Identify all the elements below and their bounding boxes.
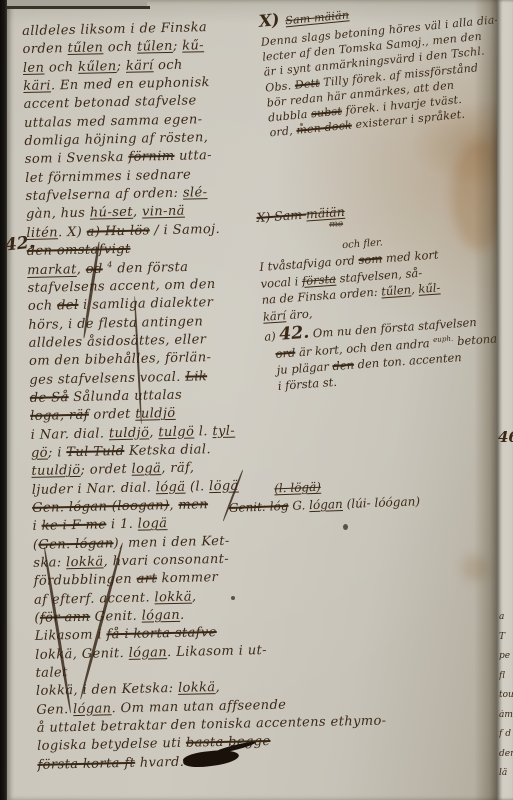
- underlined-text: kärí: [126, 58, 154, 74]
- text-run: om den bibehålles, förlän-: [29, 350, 212, 369]
- text-run: ; ordet: [80, 462, 131, 478]
- struck-text: Dett: [294, 76, 320, 91]
- handwritten-line: a: [499, 612, 513, 632]
- text-run: G.: [288, 498, 309, 513]
- text-run: ;: [173, 39, 183, 54]
- text-run: ges stafvelsens vocal.: [29, 369, 185, 387]
- text-run: med kort: [382, 247, 439, 265]
- struck-text: art: [137, 572, 158, 587]
- second-page-number: 46: [498, 428, 513, 446]
- text-run: och: [44, 60, 78, 76]
- text-run: lä: [499, 768, 507, 778]
- text-run: i första st.: [277, 375, 337, 393]
- underlined-text: tulgö: [158, 424, 194, 440]
- manuscript-photo: alldeles liksom i de Finskaorden tűlen o…: [0, 0, 513, 800]
- struck-text: Gen. lógan (loogan): [32, 498, 170, 516]
- text-run: vocal i: [260, 274, 302, 291]
- struck-underlined-text: första: [301, 271, 336, 287]
- handwritten-line: T: [499, 632, 513, 652]
- underlined-text: len: [23, 60, 45, 75]
- struck-underlined-text: Sam mäiän: [285, 8, 350, 27]
- text-run: ord,: [269, 124, 297, 140]
- handwritten-line: fl: [499, 671, 513, 691]
- text-run: (l.: [185, 479, 209, 494]
- struck-underlined-text: (l. lögä): [274, 480, 321, 496]
- underlined-text: lógä: [156, 479, 186, 495]
- text-run: , räf,: [161, 461, 194, 477]
- text-run: f d: [499, 729, 511, 739]
- note-inline-correction: (l. lögä)Genit: lóg G. lógan (lúi- lóóga…: [228, 476, 420, 519]
- text-run: hörs, i de flesta antingen: [28, 314, 203, 333]
- text-run: Ketska dial.: [124, 442, 211, 459]
- text-run: i: [32, 519, 41, 534]
- text-run: som i Svenska: [25, 150, 129, 167]
- paper-speck: [343, 524, 348, 530]
- underlined-text: tűlen: [67, 41, 103, 57]
- second-page-text-fragments: aTpefltouámf ddenlä: [499, 612, 513, 788]
- underlined-text: lokkä: [154, 589, 192, 605]
- underlined-text: logä: [138, 516, 168, 532]
- underlined-text: lógan: [128, 645, 167, 661]
- text-run: tou: [499, 690, 513, 700]
- text-run: domliga höjning af rösten,: [24, 130, 208, 149]
- underlined-text: tuldjö: [109, 425, 150, 441]
- text-run: ; i: [48, 445, 67, 460]
- text-run: alldeles liksom i de Finska: [22, 20, 207, 39]
- underlined-text: käri: [23, 78, 51, 94]
- struck-text: Genit: lóg: [229, 499, 289, 515]
- underlined-text: lógan: [309, 497, 343, 512]
- emphasized-text: X): [258, 9, 286, 30]
- text-run: i samliga dialekter: [78, 295, 213, 313]
- underlined-text: slé-: [183, 185, 208, 201]
- underlined-text: lógan: [73, 701, 112, 717]
- struck-text: Lik: [185, 369, 207, 384]
- note-heading-struck: X) Sam mäiänme: [256, 204, 346, 240]
- struck-text: del: [57, 298, 79, 313]
- text-run: stafvelserna af orden:: [25, 186, 183, 204]
- text-run: ska:: [33, 555, 66, 571]
- underlined-text: kű-: [182, 39, 204, 54]
- struck-text: förnim: [128, 149, 174, 165]
- struck-text: a) Hu lös: [87, 223, 150, 239]
- underlined-text: kärí: [262, 308, 286, 324]
- text-run: och: [153, 57, 183, 73]
- text-run: ,: [133, 205, 142, 220]
- struck-text: Gen. lógan: [38, 536, 113, 553]
- handwritten-line: f d: [499, 729, 513, 749]
- text-run: gàn, hus: [26, 206, 90, 222]
- text-run: let förnimmes i sednare: [25, 167, 191, 185]
- text-run: hvard.: [135, 755, 184, 771]
- margin-paragraph-number: 42.: [4, 233, 36, 256]
- text-run: a: [499, 612, 504, 622]
- text-run: alldeles åsidosättes, eller: [29, 332, 207, 351]
- struck-text: Tul Tuld: [66, 444, 124, 460]
- text-run: ,: [77, 263, 86, 278]
- struck-text: för ann: [40, 610, 91, 626]
- text-run: / i Samoj.: [150, 222, 221, 238]
- text-run: kommer: [157, 570, 219, 586]
- text-run: Obs.: [265, 78, 296, 94]
- text-run: ,: [215, 680, 220, 695]
- text-run: i 1.: [106, 517, 138, 533]
- text-run: lokkä, Genit.: [35, 646, 129, 663]
- text-run: . En med en euphonisk: [51, 75, 210, 93]
- text-run: logiska betydelse uti: [37, 736, 186, 754]
- text-run: Sålunda uttalas: [68, 388, 182, 405]
- text-run: ;: [116, 59, 126, 74]
- text-run: l.: [194, 424, 212, 439]
- struck-text: de Så: [30, 390, 69, 406]
- struck-text: den: [332, 357, 355, 372]
- text-run: äro,: [285, 306, 313, 322]
- text-run: ), men i den Ket-: [113, 533, 229, 550]
- text-run: och: [28, 298, 58, 314]
- text-run: ordet: [89, 407, 136, 423]
- text-run: ljuder i Nar. dial.: [32, 480, 156, 498]
- underlined-text: tuuldjö: [31, 463, 80, 479]
- underlined-text: lokkä: [66, 554, 104, 570]
- underlined-text: tyl-: [212, 423, 235, 438]
- handwritten-line: pe: [499, 651, 513, 671]
- underlined-text: kűlen: [78, 59, 117, 75]
- struck-text: me: [329, 219, 344, 230]
- text-run: uttalas med samma egen-: [24, 112, 203, 131]
- struck-text: loga, räf: [30, 408, 89, 424]
- handwritten-line: lä: [499, 768, 513, 788]
- struck-text: som: [358, 251, 383, 267]
- text-run: och fler.: [342, 237, 383, 251]
- struck-text: den omstafvigt: [27, 242, 131, 259]
- photo-edge-left: [0, 0, 7, 800]
- text-run: orden: [22, 41, 67, 57]
- struck-text: men: [178, 497, 208, 513]
- underlined-text: lokkä: [178, 680, 216, 696]
- text-run: pe: [499, 651, 510, 661]
- superscript-text: euph.: [433, 334, 454, 344]
- text-run: dubbla: [268, 107, 312, 124]
- text-run: lokkä, i den Ketska:: [36, 681, 178, 699]
- text-run: i Nar. dial.: [30, 426, 109, 443]
- handwritten-line: ám: [499, 710, 513, 730]
- struck-text: ke i F me: [41, 518, 106, 534]
- text-run: stafvelsens accent, om den: [27, 277, 215, 296]
- underlined-text: logä: [131, 461, 161, 477]
- text-run: ám: [499, 710, 513, 720]
- text-run: .: [180, 608, 185, 623]
- text-run: . X): [58, 224, 87, 240]
- page-top-fold-line: [7, 6, 150, 9]
- underlined-text: lógan: [141, 608, 180, 624]
- struck-text: ord: [275, 346, 296, 361]
- struck-text: få i korta stafve: [106, 625, 217, 642]
- text-run: den första: [113, 260, 189, 277]
- text-run: Genit.: [90, 609, 142, 625]
- text-run: ju plägar: [276, 359, 333, 377]
- struck-text: första korta ft: [37, 756, 135, 773]
- struck-text: subst: [311, 104, 343, 120]
- underlined-text: vin-nä: [142, 204, 185, 220]
- text-run: (lúi- lóógan): [342, 494, 420, 511]
- text-run: accent betonad stafvelse: [24, 94, 197, 113]
- text-run: och: [103, 40, 137, 56]
- text-run: ,: [149, 425, 158, 440]
- underlined-text: markat: [27, 263, 77, 279]
- underlined-text: gö: [31, 445, 48, 460]
- text-run: utta-: [174, 148, 212, 164]
- handwritten-line: tou: [499, 690, 513, 710]
- text-run: ,: [192, 589, 197, 604]
- underlined-text: tűlen: [381, 282, 412, 298]
- text-run: T: [499, 632, 505, 642]
- text-run: den: [499, 749, 513, 759]
- text-run: , hvari consonant-: [103, 552, 229, 570]
- underlined-text: tűlen: [137, 39, 173, 55]
- emphasized-text: 42.: [279, 323, 310, 345]
- text-run: a): [264, 329, 280, 344]
- text-run: . Om man utan affseende: [111, 697, 286, 716]
- text-run: . Likasom i ut-: [167, 643, 267, 660]
- text-run: fl: [499, 671, 505, 681]
- handwritten-line: den: [499, 749, 513, 769]
- underlined-text: hú-set: [90, 205, 133, 221]
- underlined-text: kűl-: [418, 280, 441, 295]
